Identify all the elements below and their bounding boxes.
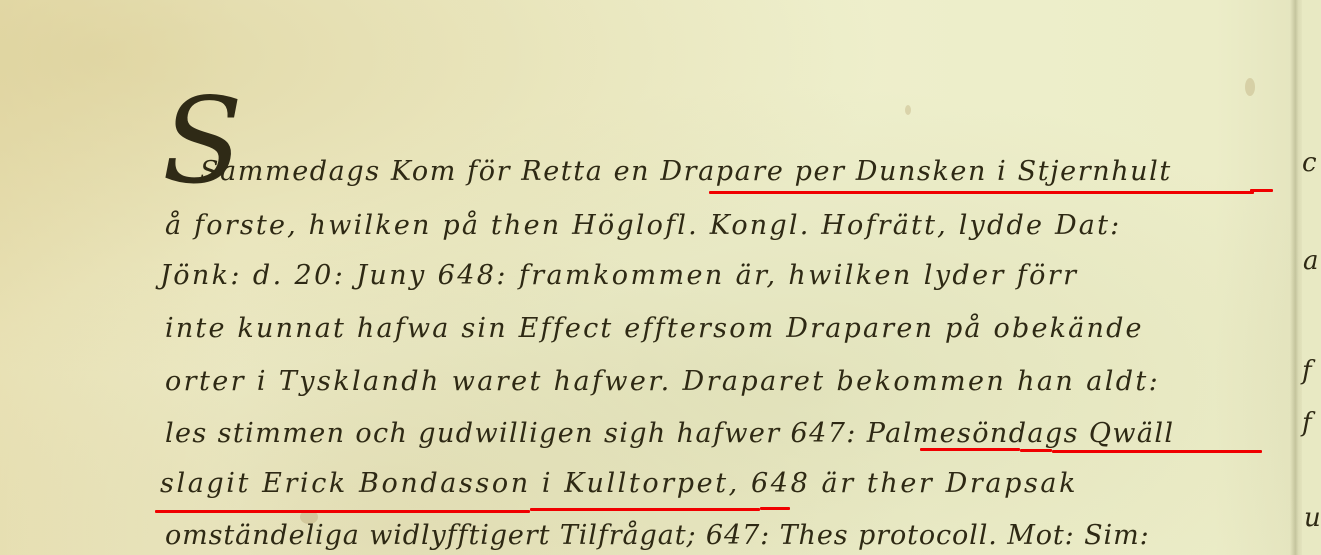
red-underline-annotation (1052, 450, 1262, 453)
red-underline-annotation (709, 191, 1254, 194)
red-underline-annotation (1020, 449, 1052, 452)
manuscript-line-2: å forste, hwilken på then Höglofl. Kongl… (165, 212, 1121, 239)
paper-stain (905, 105, 911, 115)
adjacent-page-glyph: a (1303, 248, 1319, 274)
manuscript-line-3: Jönk: d. 20: Juny 648: framkommen är, hw… (160, 262, 1078, 289)
adjacent-page-edge: c a f f u (1302, 0, 1321, 555)
manuscript-line-6: les stimmen och gudwilligen sigh hafwer … (165, 420, 1174, 447)
paper-stain (1245, 78, 1255, 96)
red-underline-annotation (920, 448, 1020, 451)
red-underline-annotation (760, 507, 790, 510)
manuscript-line-1: Sammedags Kom för Retta en Drapare per D… (200, 158, 1172, 185)
adjacent-page-glyph: u (1304, 505, 1321, 531)
book-spine-fold (1290, 0, 1302, 555)
red-underline-annotation (1250, 189, 1273, 192)
adjacent-page-glyph: f (1302, 358, 1312, 384)
manuscript-line-8: omständeliga widlyfftigert Tilfrågat; 64… (165, 522, 1150, 549)
adjacent-page-glyph: f (1302, 410, 1312, 436)
manuscript-line-7: slagit Erick Bondasson i Kulltorpet, 648… (160, 470, 1078, 497)
manuscript-line-5: orter i Tysklandh waret hafwer. Draparet… (165, 368, 1160, 395)
red-underline-annotation (155, 510, 530, 513)
manuscript-page: S Sammedags Kom för Retta en Drapare per… (0, 0, 1321, 555)
manuscript-line-4: inte kunnat hafwa sin Effect efftersom D… (165, 315, 1144, 342)
red-underline-annotation (530, 508, 760, 511)
adjacent-page-glyph: c (1302, 150, 1317, 176)
